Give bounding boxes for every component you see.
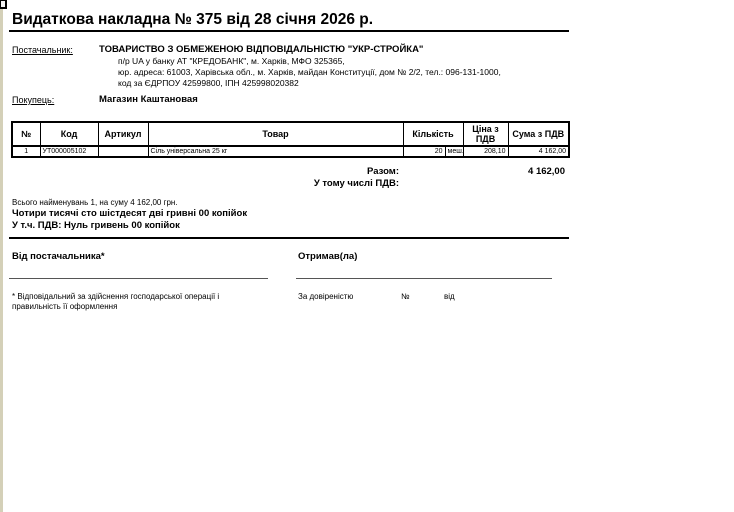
receiver-signature-line xyxy=(296,278,552,279)
header-sum: Сума з ПДВ xyxy=(508,122,569,146)
proxy-number-label: № xyxy=(401,292,410,302)
received-label: Отримав(ла) xyxy=(298,251,357,262)
total-label: Разом: xyxy=(279,166,399,177)
supplier-bank: п/р UA у банку АТ "КРЕДОБАНК", м. Харків… xyxy=(118,56,345,68)
supplier-codes: код за ЄДРПОУ 42599800, ІПН 425998020382 xyxy=(118,78,299,90)
header-num: № xyxy=(12,122,40,146)
header-price-line2: ПДВ xyxy=(476,134,495,144)
title-divider xyxy=(9,30,569,32)
header-code: Код xyxy=(40,122,98,146)
supplier-label: Постачальник: xyxy=(12,45,73,55)
table-header-row: № Код Артикул Товар Кількість Ціна зПДВ … xyxy=(12,122,569,146)
vat-label: У тому числі ПДВ: xyxy=(279,178,399,189)
header-price: Ціна зПДВ xyxy=(463,122,508,146)
cell-article xyxy=(98,146,148,157)
supplier-name: ТОВАРИСТВО З ОБМЕЖЕНОЮ ВІДПОВІДАЛЬНІСТЮ … xyxy=(99,44,423,55)
cell-product: Сіль універсальна 25 кг xyxy=(148,146,403,157)
goods-table: № Код Артикул Товар Кількість Ціна зПДВ … xyxy=(11,121,570,158)
buyer-label: Покупець: xyxy=(12,95,54,105)
table-row: 1 УТ000005102 Сіль універсальна 25 кг 20… xyxy=(12,146,569,157)
summary-divider xyxy=(9,237,569,239)
header-qty: Кількість xyxy=(403,122,463,146)
cell-unit: меш. xyxy=(445,146,463,157)
supplier-address: юр. адреса: 61003, Харівська обл., м. Ха… xyxy=(118,67,501,79)
amount-in-words: Чотири тисячі сто шістдесят дві гривні 0… xyxy=(12,208,247,219)
supplier-signature-line xyxy=(9,278,268,279)
from-supplier-label: Від постачальника* xyxy=(12,251,105,262)
footnote-line1: * Відповідальний за здійснення господарс… xyxy=(12,292,219,302)
corner-marker xyxy=(0,0,7,9)
cell-sum: 4 162,00 xyxy=(508,146,569,157)
proxy-label: За довіреністю xyxy=(298,292,353,302)
total-value: 4 162,00 xyxy=(485,166,565,177)
buyer-name: Магазин Каштановая xyxy=(99,94,198,105)
window-left-border xyxy=(0,0,3,512)
document-title: Видаткова накладна № 375 від 28 січня 20… xyxy=(12,11,373,29)
footnote-line2: правильність її оформлення xyxy=(12,302,117,312)
items-count-line: Всього найменувань 1, на суму 4 162,00 г… xyxy=(12,197,178,209)
cell-code: УТ000005102 xyxy=(40,146,98,157)
header-price-line1: Ціна з xyxy=(472,124,499,134)
proxy-date-label: від xyxy=(444,292,455,302)
cell-price: 208,10 xyxy=(463,146,508,157)
cell-qty: 20 xyxy=(403,146,445,157)
header-article: Артикул xyxy=(98,122,148,146)
cell-num: 1 xyxy=(12,146,40,157)
header-product: Товар xyxy=(148,122,403,146)
vat-in-words: У т.ч. ПДВ: Нуль гривень 00 копійок xyxy=(12,220,180,231)
